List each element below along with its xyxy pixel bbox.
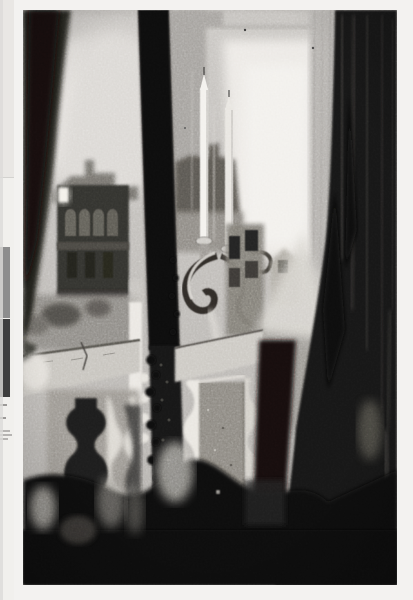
facing-page-edge bbox=[0, 0, 14, 600]
photo-plate bbox=[23, 10, 397, 585]
photograph bbox=[23, 10, 397, 585]
book-page bbox=[0, 0, 413, 600]
page-gutter-shadow bbox=[0, 0, 3, 600]
vignette bbox=[23, 10, 397, 585]
